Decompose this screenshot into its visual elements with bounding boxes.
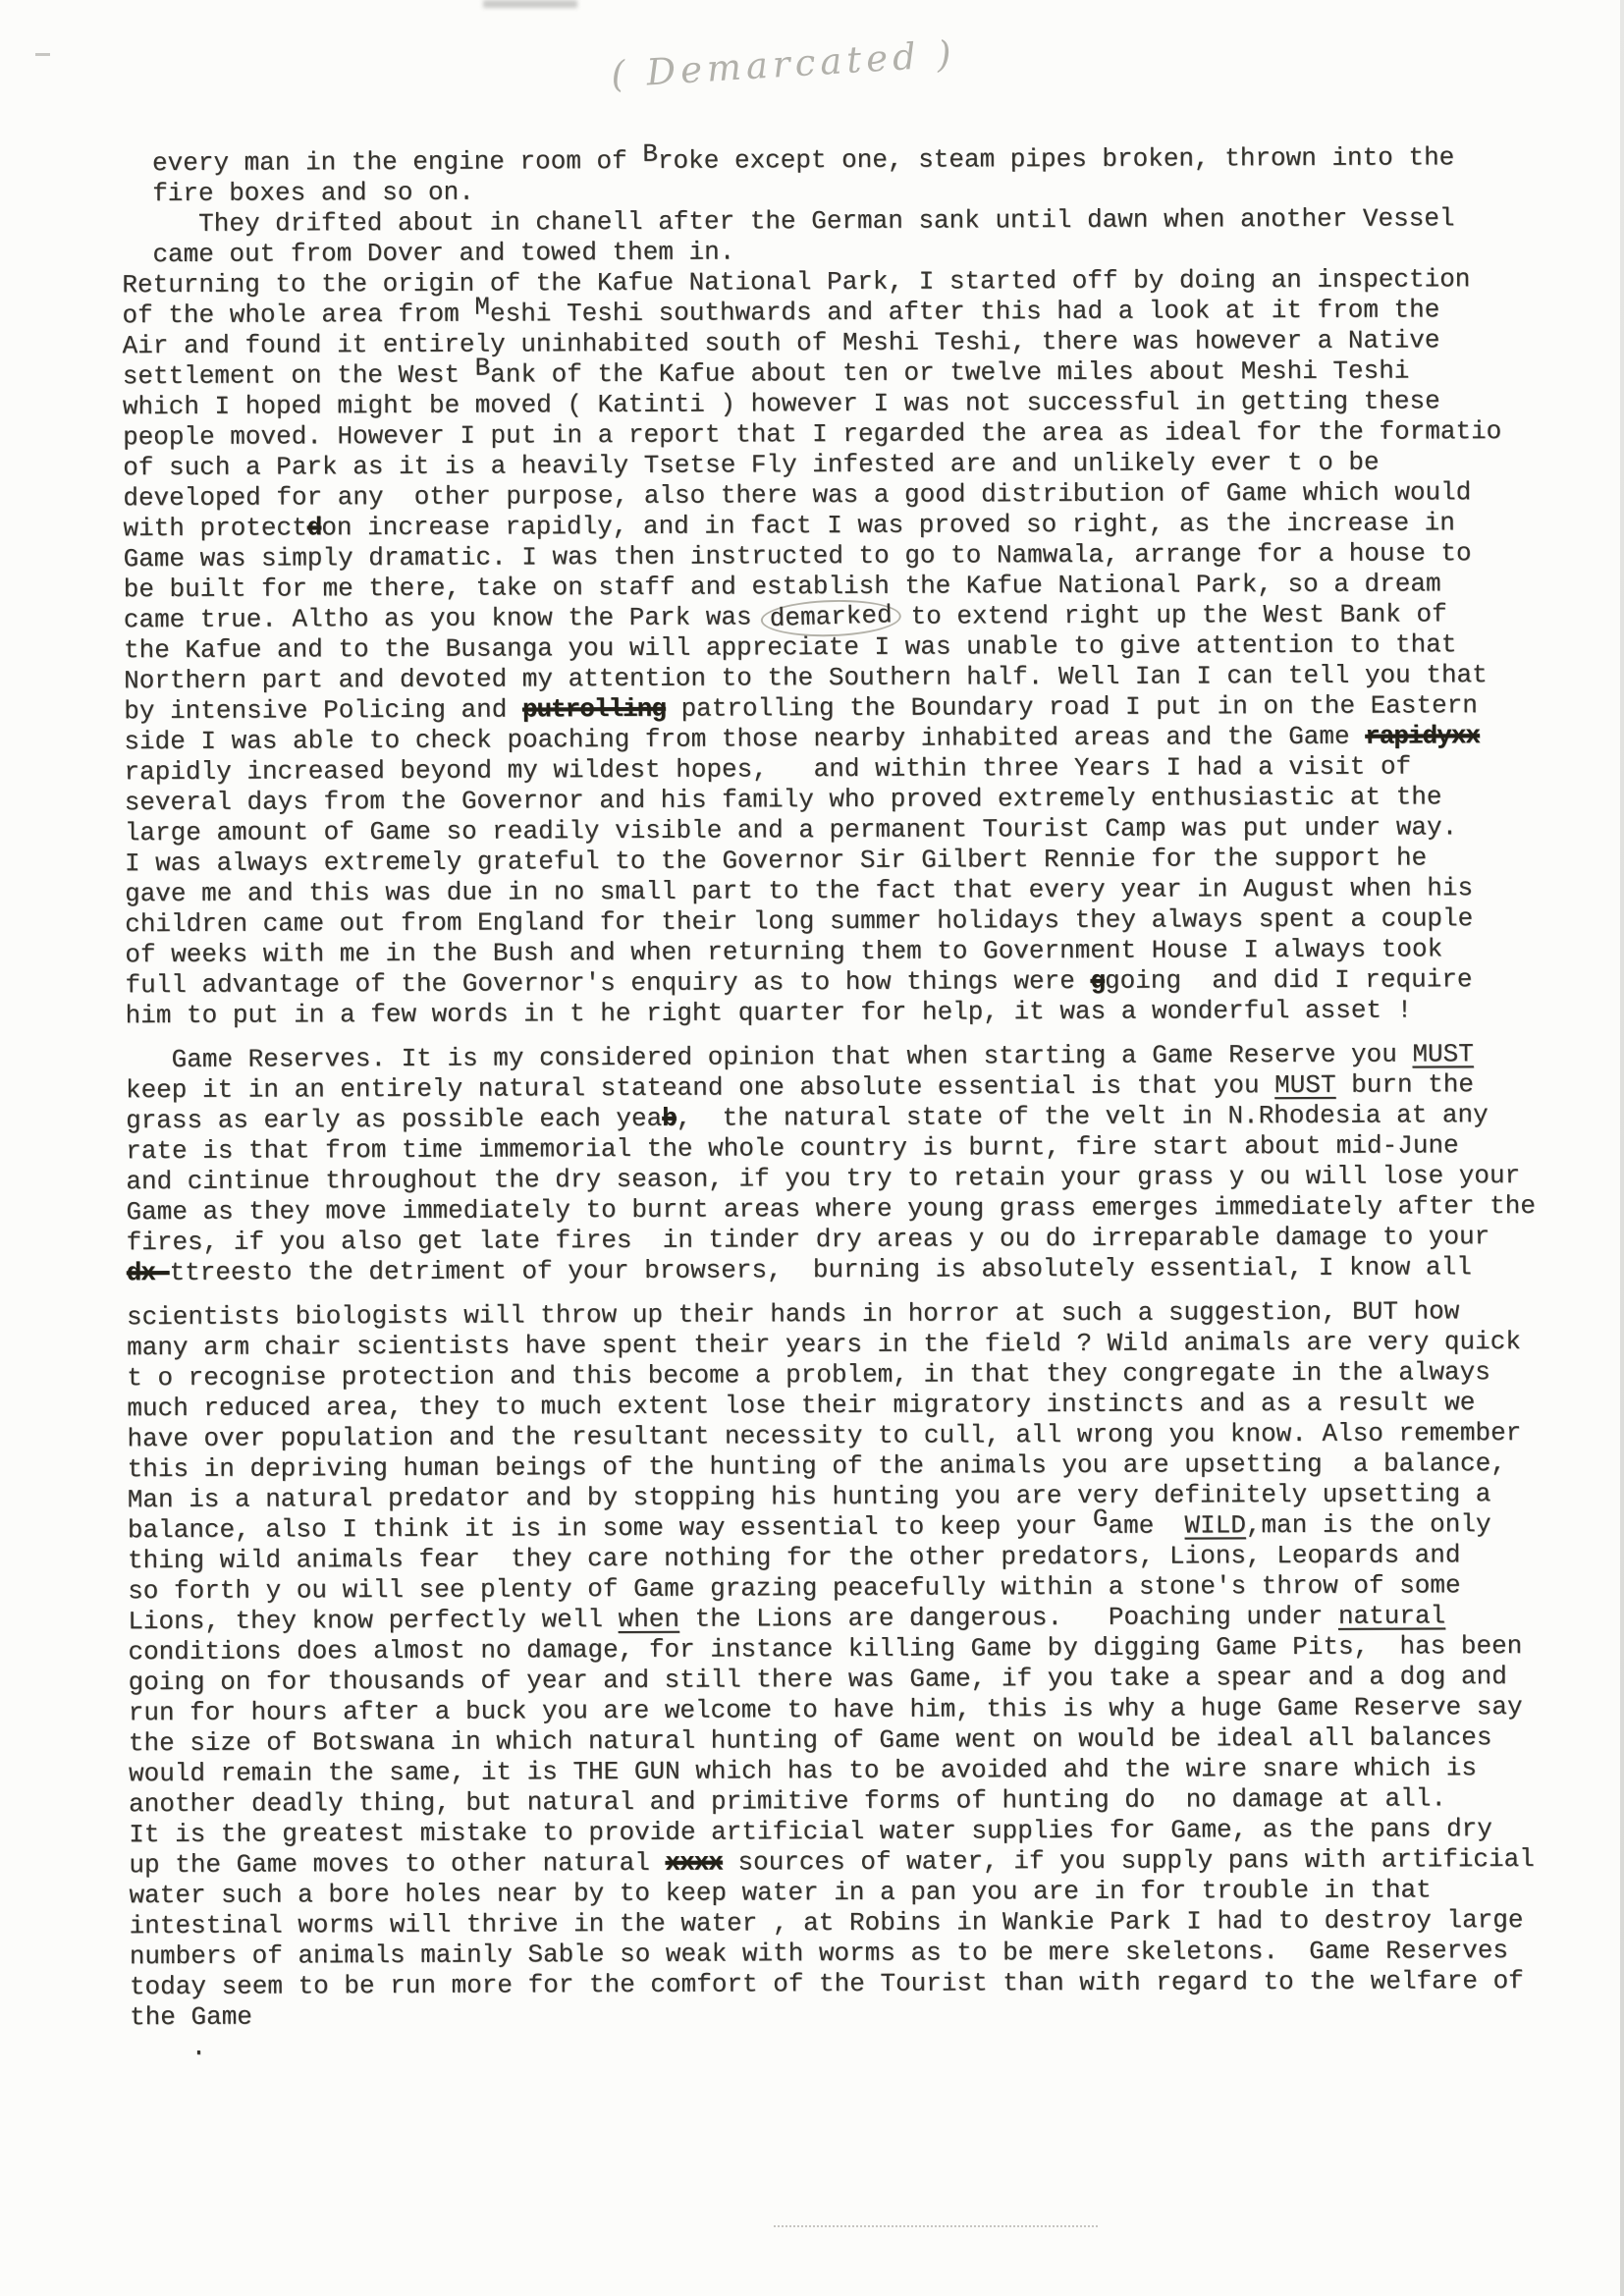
document-line: dx ttreesto the detriment of your browse… bbox=[127, 1252, 1570, 1288]
document-body: every man in the engine room of Broke ex… bbox=[122, 142, 1573, 2063]
document-line: They drifted about in chanell after the … bbox=[122, 203, 1565, 240]
paragraph: every man in the engine room of Broke ex… bbox=[122, 142, 1565, 209]
scanned-page: ( Demarcated ) every man in the engine r… bbox=[0, 0, 1624, 2296]
scan-smudge bbox=[483, 0, 577, 8]
paragraph: Game Reserves. It is my considered opini… bbox=[126, 1039, 1570, 1288]
document-line: today seem to be run more for the comfor… bbox=[130, 1966, 1573, 2002]
document-line: him to put in a few words in t he right … bbox=[126, 995, 1569, 1031]
scan-edge-shadow bbox=[1620, 0, 1624, 2296]
scan-dashed-line bbox=[774, 2225, 1098, 2227]
document-line: . bbox=[130, 2027, 1573, 2063]
paragraph: Returning to the origin of the Kafue Nat… bbox=[122, 264, 1568, 1031]
paragraph: scientists biologists will throw up thei… bbox=[127, 1296, 1573, 2033]
paragraph: . bbox=[130, 2027, 1573, 2063]
document-line: every man in the engine room of Broke ex… bbox=[122, 142, 1565, 179]
scan-mark bbox=[35, 53, 50, 56]
handwritten-annotation: ( Demarcated ) bbox=[610, 32, 957, 95]
paragraph: They drifted about in chanell after the … bbox=[122, 203, 1565, 270]
